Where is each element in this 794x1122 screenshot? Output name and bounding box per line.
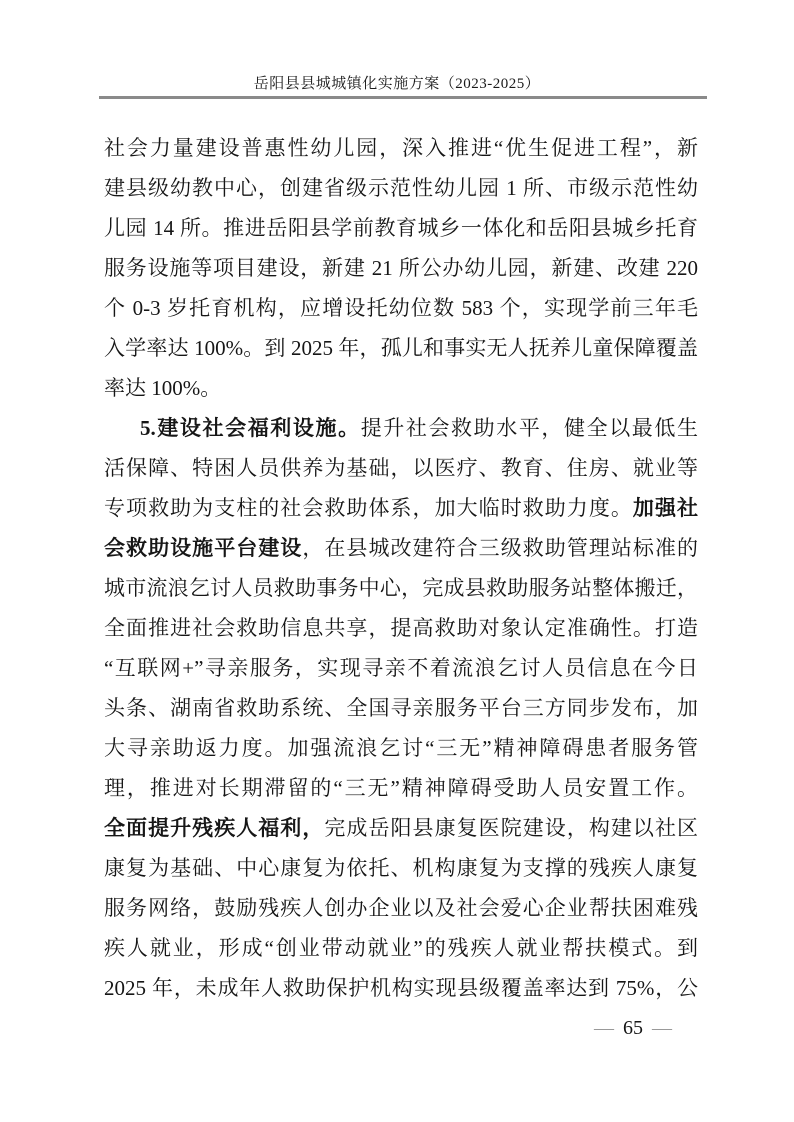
bold-text-segment: 会救助设施平台建设 [104,536,302,560]
bold-text-segment: 5.建设社会福利设施。 [140,416,361,440]
text-line: 率达 100%。 [104,368,698,408]
text-segment: 提升社会救助水平，健全以最低生 [361,416,698,440]
text-line: 活保障、特困人员供养为基础，以医疗、教育、住房、就业等 [104,448,698,488]
text-line: 2025 年，未成年人救助保护机构实现县级覆盖率达到 75%，公 [104,968,698,1008]
text-segment: 服务网络，鼓励残疾人创办企业以及社会爱心企业帮扶困难残 [104,896,698,920]
footer-dash-right: — [652,1017,672,1039]
page-footer: —65— [594,1014,672,1042]
text-segment: 社会力量建设普惠性幼儿园，深入推进“优生促进工程”，新 [104,136,698,160]
text-line: 儿园 14 所。推进岳阳县学前教育城乡一体化和岳阳县城乡托育 [104,208,698,248]
text-segment: 城市流浪乞讨人员救助事务中心，完成县救助服务站整体搬迁， [104,576,698,600]
text-line: 入学率达 100%。到 2025 年，孤儿和事实无人抚养儿童保障覆盖 [104,328,698,368]
text-segment: 康复为基础、中心康复为依托、机构康复为支撑的残疾人康复 [104,856,698,880]
text-segment: 2025 年，未成年人救助保护机构实现县级覆盖率达到 75%，公 [104,976,698,1000]
document-page: 岳阳县县城城镇化实施方案（2023-2025） 社会力量建设普惠性幼儿园，深入推… [0,0,794,1122]
text-segment: 全面推进社会救助信息共享，提高救助对象认定准确性。打造 [104,616,698,640]
page-number: 65 [623,1017,643,1039]
text-line: 服务网络，鼓励残疾人创办企业以及社会爱心企业帮扶困难残 [104,888,698,928]
text-line: 服务设施等项目建设，新建 21 所公办幼儿园，新建、改建 220 [104,248,698,288]
text-line: 疾人就业，形成“创业带动就业”的残疾人就业帮扶模式。到 [104,928,698,968]
bold-text-segment: 全面提升残疾人福利， [104,816,324,840]
text-segment: 疾人就业，形成“创业带动就业”的残疾人就业帮扶模式。到 [104,936,698,960]
body-text: 社会力量建设普惠性幼儿园，深入推进“优生促进工程”，新建县级幼教中心，创建省级示… [104,128,698,1008]
text-segment: 建县级幼教中心，创建省级示范性幼儿园 1 所、市级示范性幼 [104,176,698,200]
text-line: 全面推进社会救助信息共享，提高救助对象认定准确性。打造 [104,608,698,648]
text-segment: 大寻亲助返力度。加强流浪乞讨“三无”精神障碍患者服务管 [104,736,698,760]
text-segment: 服务设施等项目建设，新建 21 所公办幼儿园，新建、改建 220 [104,256,698,280]
text-line: 城市流浪乞讨人员救助事务中心，完成县救助服务站整体搬迁， [104,568,698,608]
text-segment: 儿园 14 所。推进岳阳县学前教育城乡一体化和岳阳县城乡托育 [104,216,698,240]
text-line: 5.建设社会福利设施。提升社会救助水平，健全以最低生 [104,408,698,448]
text-line: 个 0-3 岁托育机构，应增设托幼位数 583 个，实现学前三年毛 [104,288,698,328]
text-segment: 完成岳阳县康复医院建设，构建以社区 [324,816,698,840]
text-line: 社会力量建设普惠性幼儿园，深入推进“优生促进工程”，新 [104,128,698,168]
text-segment: 率达 100%。 [104,376,221,400]
footer-dash-left: — [594,1017,614,1039]
text-line: 建县级幼教中心，创建省级示范性幼儿园 1 所、市级示范性幼 [104,168,698,208]
text-segment: 理，推进对长期滞留的“三无”精神障碍受助人员安置工作。 [104,776,698,800]
text-line: 康复为基础、中心康复为依托、机构康复为支撑的残疾人康复 [104,848,698,888]
text-line: 头条、湖南省救助系统、全国寻亲服务平台三方同步发布，加 [104,688,698,728]
text-line: 全面提升残疾人福利，完成岳阳县康复医院建设，构建以社区 [104,808,698,848]
text-segment: 专项救助为支柱的社会救助体系，加大临时救助力度。 [104,496,633,520]
text-line: 理，推进对长期滞留的“三无”精神障碍受助人员安置工作。 [104,768,698,808]
header-divider [99,96,707,99]
text-line: 专项救助为支柱的社会救助体系，加大临时救助力度。加强社 [104,488,698,528]
text-segment: “互联网+”寻亲服务，实现寻亲不着流浪乞讨人员信息在今日 [104,656,698,680]
text-line: 会救助设施平台建设，在县城改建符合三级救助管理站标准的 [104,528,698,568]
text-segment: 头条、湖南省救助系统、全国寻亲服务平台三方同步发布，加 [104,696,698,720]
text-segment: 个 0-3 岁托育机构，应增设托幼位数 583 个，实现学前三年毛 [104,296,698,320]
text-segment: ，在县城改建符合三级救助管理站标准的 [302,536,698,560]
bold-text-segment: 加强社 [633,496,698,520]
text-line: “互联网+”寻亲服务，实现寻亲不着流浪乞讨人员信息在今日 [104,648,698,688]
text-segment: 入学率达 100%。到 2025 年，孤儿和事实无人抚养儿童保障覆盖 [104,336,698,360]
text-line: 大寻亲助返力度。加强流浪乞讨“三无”精神障碍患者服务管 [104,728,698,768]
text-segment: 活保障、特困人员供养为基础，以医疗、教育、住房、就业等 [104,456,698,480]
page-header-title: 岳阳县县城城镇化实施方案（2023-2025） [0,72,794,93]
